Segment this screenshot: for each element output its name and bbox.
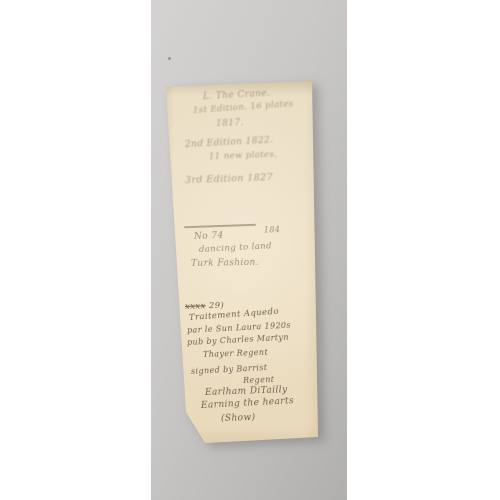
handwriting-line: (Show) [221,413,256,424]
handwriting-line: Regent [243,375,275,385]
handwriting-line: No 74 184 [194,231,224,242]
handwriting-line: 1817. [216,118,244,129]
note-paper: L. The Crane. 1st Edition. 16 plates 181… [163,78,320,448]
catalogue-number: No 74 [194,231,224,242]
paper-surface: L. The Crane. 1st Edition. 16 plates 181… [163,78,320,448]
photo-background: L. The Crane. 1st Edition. 16 plates 181… [151,0,347,500]
page-reference: 184 [264,225,281,235]
auction-photo-canvas: L. The Crane. 1st Edition. 16 plates 181… [0,0,500,500]
struck-out-word: xxxx [185,301,206,312]
reference-number: 29) [209,301,225,312]
dust-speck [168,57,171,60]
handwriting-line: Turk Fashion. [191,258,259,269]
